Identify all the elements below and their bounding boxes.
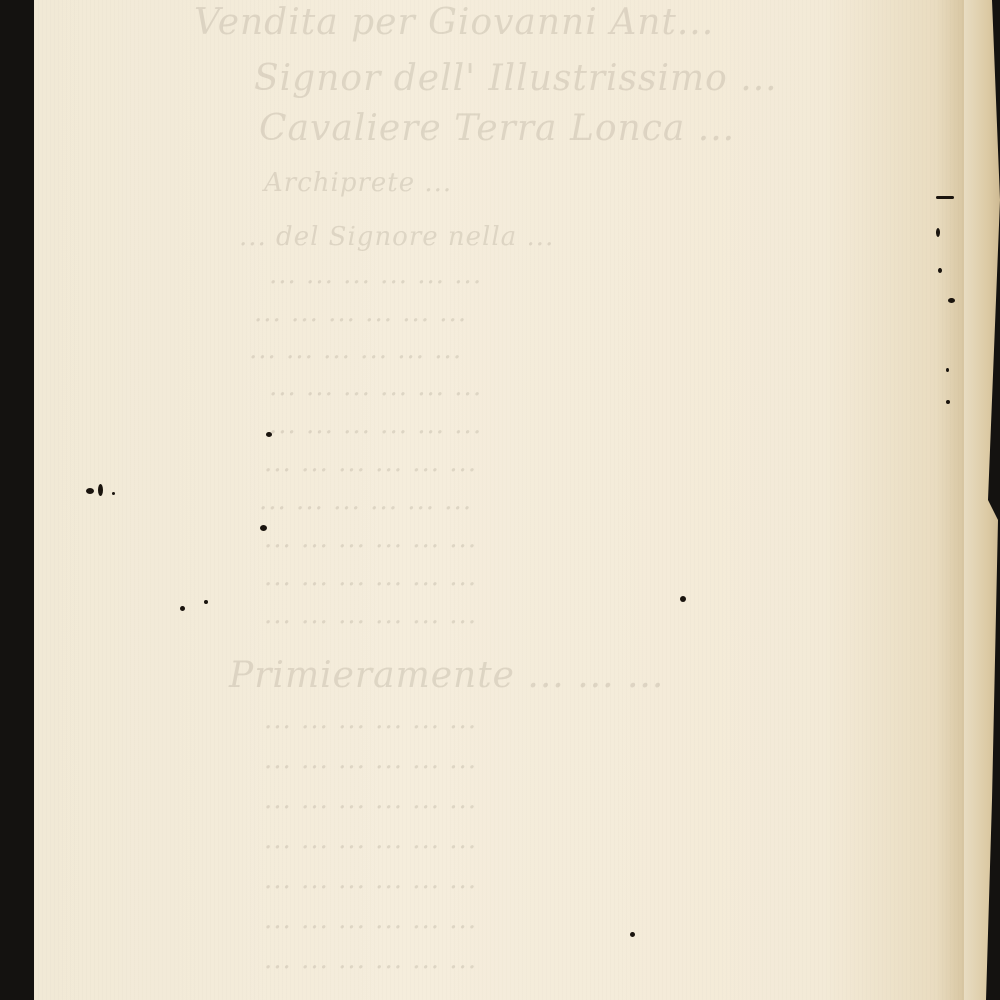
body-line: ... ... ... ... ... ...: [254, 298, 467, 328]
body-line: ... ... ... ... ... ...: [264, 705, 477, 735]
ink-spot: [98, 484, 103, 496]
ink-mark: [938, 268, 942, 273]
body-line: ... del Signore nella ...: [239, 222, 554, 252]
ink-mark: [946, 368, 949, 372]
body-line: ... ... ... ... ... ...: [264, 905, 477, 935]
ink-spot: [86, 488, 94, 494]
body-line: ... ... ... ... ... ...: [264, 945, 477, 975]
body-line: ... ... ... ... ... ...: [264, 600, 477, 630]
body-line: ... ... ... ... ... ...: [269, 372, 482, 402]
ink-spot: [260, 525, 267, 531]
body-line: ... ... ... ... ... ...: [264, 448, 477, 478]
heading-line: Signor dell' Illustrissimo ...: [254, 58, 778, 99]
body-line: ... ... ... ... ... ...: [264, 825, 477, 855]
ink-mark: [946, 400, 950, 404]
ink-mark: [936, 196, 954, 199]
body-line: ... ... ... ... ... ...: [259, 486, 472, 516]
body-line: ... ... ... ... ... ...: [269, 410, 482, 440]
heading-line: Archiprete ...: [264, 168, 452, 198]
body-line: ... ... ... ... ... ...: [264, 785, 477, 815]
ink-spot: [180, 606, 185, 611]
ink-mark: [936, 228, 940, 237]
heading-line: Vendita per Giovanni Ant...: [194, 2, 714, 43]
body-line: ... ... ... ... ... ...: [264, 524, 477, 554]
ink-mark: [948, 298, 955, 303]
body-line: ... ... ... ... ... ...: [264, 865, 477, 895]
manuscript-page: Vendita per Giovanni Ant... Signor dell'…: [34, 0, 964, 1000]
body-line: ... ... ... ... ... ...: [249, 335, 462, 365]
ink-spot: [266, 432, 272, 437]
ink-spot: [680, 596, 686, 602]
body-line: ... ... ... ... ... ...: [264, 562, 477, 592]
heading-line: Cavaliere Terra Lonca ...: [259, 108, 735, 149]
body-line: Primieramente ... ... ...: [229, 655, 664, 696]
ink-spot: [204, 600, 208, 604]
ink-spot: [112, 492, 115, 495]
torn-right-edge: [964, 0, 1000, 1000]
ink-spot: [630, 932, 635, 937]
body-line: ... ... ... ... ... ...: [269, 260, 482, 290]
body-line: ... ... ... ... ... ...: [264, 745, 477, 775]
